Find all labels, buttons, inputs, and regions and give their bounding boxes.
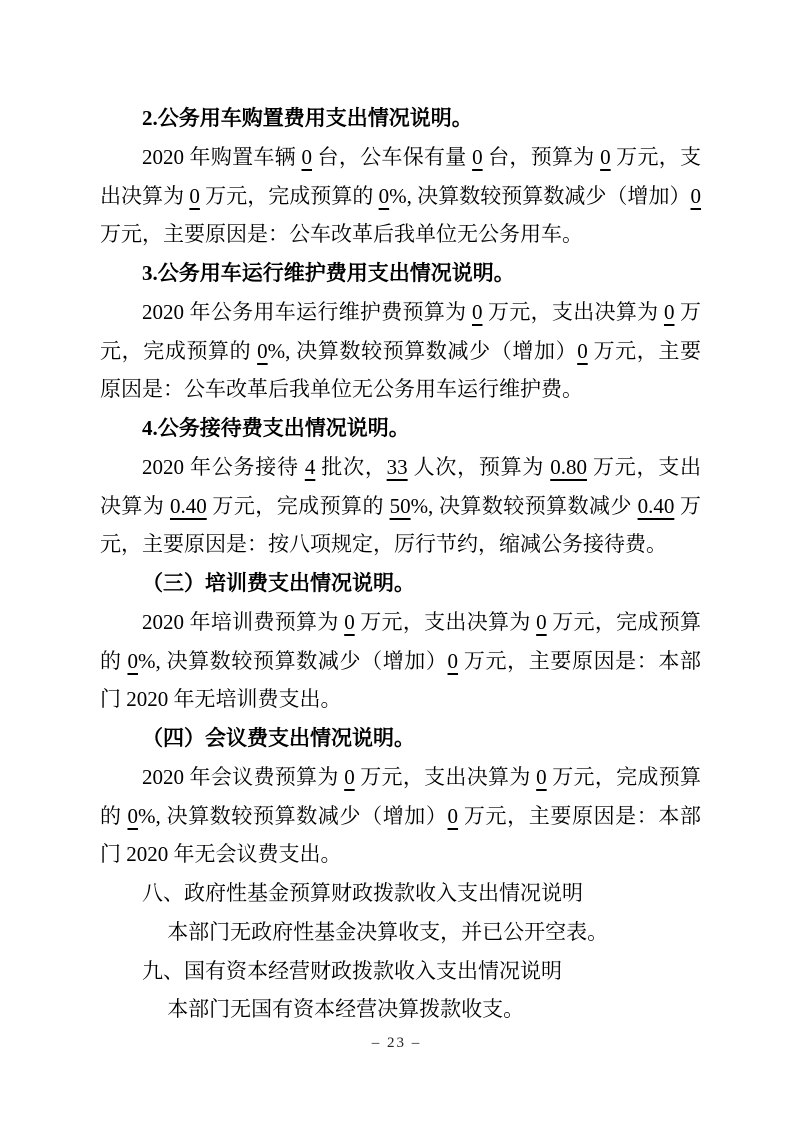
underlined-value: 0 — [536, 610, 547, 634]
text-run: 本部门无国有资本经营决算拨款收支。 — [167, 997, 524, 1021]
section-paragraph-state-capital-operation: 本部门无国有资本经营决算拨款收支。 — [100, 990, 701, 1029]
underlined-value: 50 — [390, 494, 411, 518]
text-run: 人次，预算为 — [408, 455, 551, 479]
text-run: 万元，支出决算为 — [355, 765, 536, 789]
underlined-value: 4 — [305, 455, 316, 479]
underlined-value: 0 — [472, 300, 483, 324]
text-run: 2020 年公务接待 — [142, 455, 305, 479]
text-run: %, 决算数较预算数减少（增加） — [138, 649, 448, 673]
underlined-value: 0 — [448, 804, 459, 828]
underlined-value: 0 — [536, 765, 547, 789]
section-paragraph-government-fund-budget: 本部门无政府性基金决算收支，并已公开空表。 — [100, 913, 701, 952]
underlined-value: 0 — [664, 300, 675, 324]
section-heading-official-vehicle-maintenance: 3.公务用车运行维护费用支出情况说明。 — [100, 254, 701, 293]
underlined-value: 0 — [189, 184, 200, 208]
underlined-value: 33 — [387, 455, 408, 479]
text-run: %, 决算数较预算数减少 — [411, 494, 638, 518]
section-paragraph-official-vehicle-purchase: 2020 年购置车辆 0 台，公车保有量 0 台，预算为 0 万元，支出决算为 … — [100, 138, 701, 254]
underlined-value: 0 — [257, 339, 268, 363]
document-page: 2.公务用车购置费用支出情况说明。2020 年购置车辆 0 台，公车保有量 0 … — [0, 0, 793, 1122]
text-run: 万元，完成预算的 — [200, 184, 379, 208]
underlined-value: 0 — [577, 339, 588, 363]
text-run: %, 决算数较预算数减少（增加） — [268, 339, 578, 363]
text-run: 万元，完成预算的 — [207, 494, 390, 518]
underlined-value: 0 — [302, 145, 313, 169]
underlined-value: 0 — [448, 649, 459, 673]
text-run: 万元，支出决算为 — [482, 300, 663, 324]
text-run: 台，公车保有量 — [312, 145, 472, 169]
text-run: 2020 年培训费预算为 — [142, 610, 344, 634]
text-run: 万元，主要原因是：公车改革后我单位无公务用车。 — [100, 222, 583, 246]
section-paragraph-official-vehicle-maintenance: 2020 年公务用车运行维护费预算为 0 万元，支出决算为 0 万元，完成预算的… — [100, 293, 701, 409]
section-heading-official-vehicle-purchase: 2.公务用车购置费用支出情况说明。 — [100, 99, 701, 138]
underlined-value: 0 — [600, 145, 611, 169]
underlined-value: 0 — [379, 184, 390, 208]
section-heading-government-fund-budget: 八、政府性基金预算财政拨款收入支出情况说明 — [100, 874, 701, 913]
text-run: 批次， — [315, 455, 386, 479]
page-number: – 23 – — [372, 1035, 422, 1051]
underlined-value: 0 — [344, 610, 355, 634]
underlined-value: 0.80 — [550, 455, 587, 479]
section-heading-training-fee: （三）培训费支出情况说明。 — [100, 564, 701, 603]
text-run: 万元，支出决算为 — [355, 610, 536, 634]
section-paragraph-official-reception: 2020 年公务接待 4 批次，33 人次，预算为 0.80 万元，支出决算为 … — [100, 448, 701, 564]
underlined-value: 0 — [127, 804, 138, 828]
page-footer: – 23 – — [0, 1032, 793, 1054]
text-run: 台，预算为 — [483, 145, 601, 169]
text-run: 本部门无政府性基金决算收支，并已公开空表。 — [167, 920, 608, 944]
section-heading-meeting-fee: （四）会议费支出情况说明。 — [100, 719, 701, 758]
text-run: %, 决算数较预算数减少（增加） — [389, 184, 690, 208]
section-paragraph-meeting-fee: 2020 年会议费预算为 0 万元，支出决算为 0 万元，完成预算的 0%, 决… — [100, 758, 701, 874]
section-heading-official-reception: 4.公务接待费支出情况说明。 — [100, 409, 701, 448]
underlined-value: 0 — [127, 649, 138, 673]
text-run: 2020 年公务用车运行维护费预算为 — [142, 300, 472, 324]
section-heading-state-capital-operation: 九、国有资本经营财政拨款收入支出情况说明 — [100, 952, 701, 991]
underlined-value: 0.40 — [638, 494, 675, 518]
text-run: 2020 年购置车辆 — [142, 145, 302, 169]
underlined-value: 0 — [472, 145, 483, 169]
underlined-value: 0.40 — [170, 494, 207, 518]
text-run: %, 决算数较预算数减少（增加） — [138, 804, 448, 828]
document-content: 2.公务用车购置费用支出情况说明。2020 年购置车辆 0 台，公车保有量 0 … — [100, 99, 701, 1029]
underlined-value: 0 — [691, 184, 702, 208]
underlined-value: 0 — [344, 765, 355, 789]
text-run: 2020 年会议费预算为 — [142, 765, 344, 789]
section-paragraph-training-fee: 2020 年培训费预算为 0 万元，支出决算为 0 万元，完成预算的 0%, 决… — [100, 603, 701, 719]
